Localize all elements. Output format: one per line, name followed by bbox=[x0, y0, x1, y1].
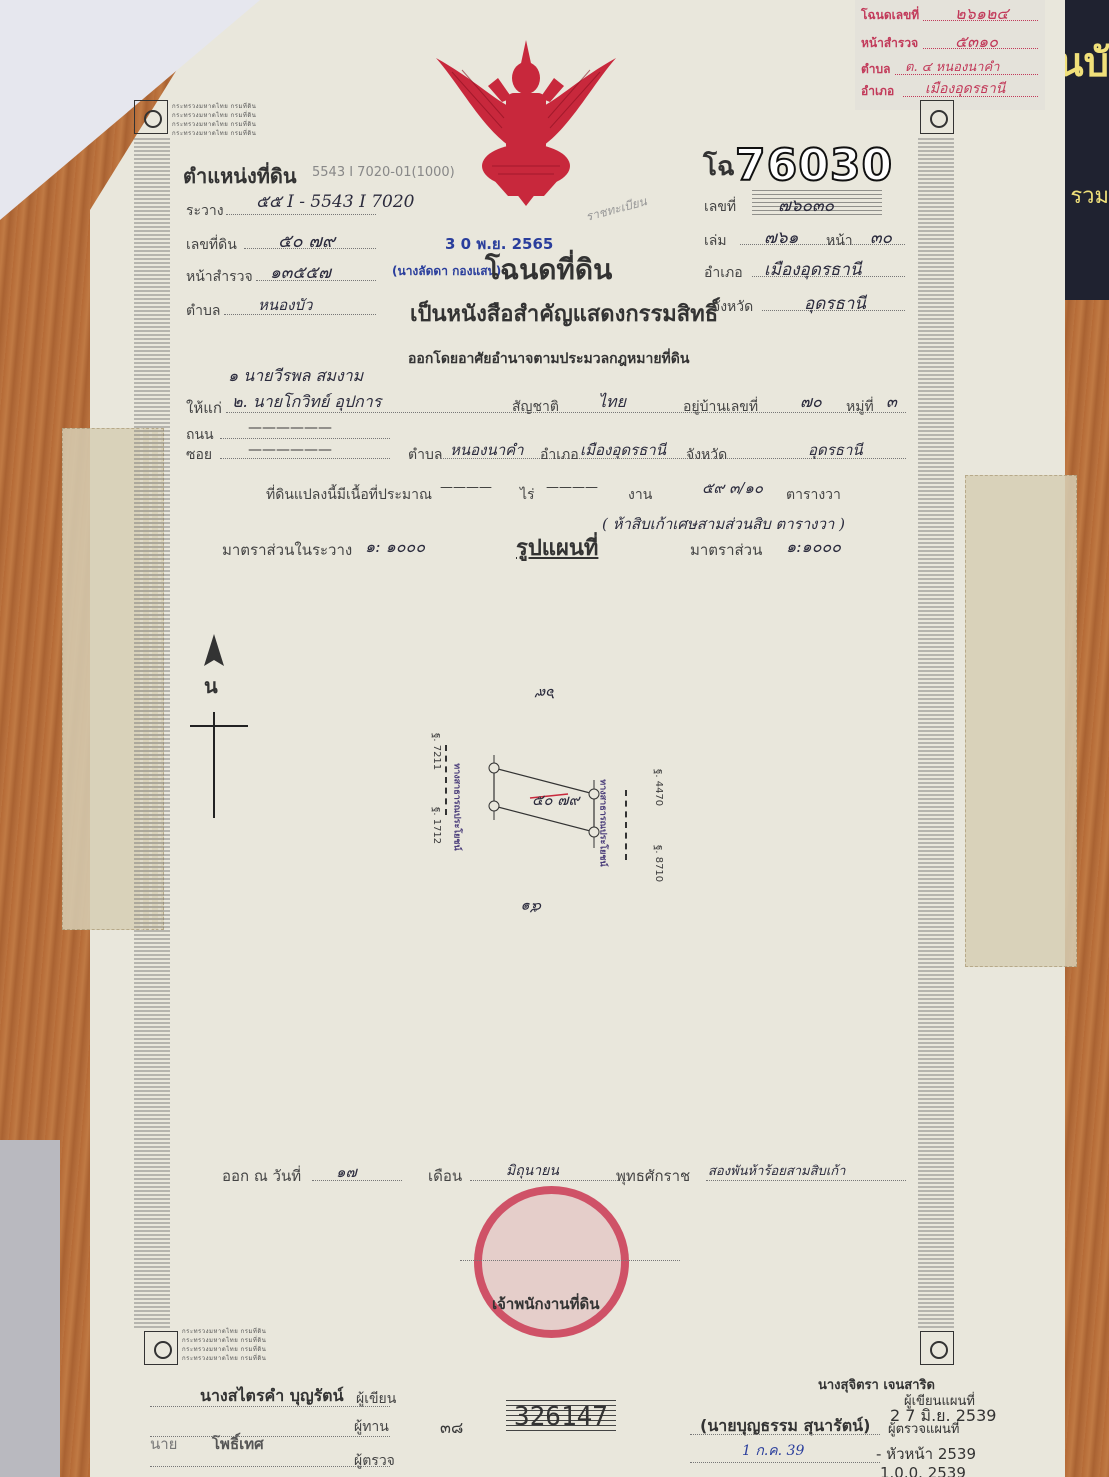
bottom-date: 1.0.0. 2539 bbox=[880, 1464, 966, 1477]
sign-text-2: รวม bbox=[1070, 178, 1109, 213]
map-ref-pencil: 5543 I 7020-01(1000) bbox=[312, 165, 455, 180]
owner-2: ๒. นายโกวิทย์ อุปการ bbox=[232, 390, 381, 415]
issue-month: มิถุนายน bbox=[506, 1160, 559, 1182]
marker-right: ฐ. 4470 bbox=[651, 769, 666, 806]
sheet-label: ระวาง bbox=[186, 200, 224, 222]
book-value: ๗๖๑ bbox=[764, 224, 798, 251]
rai-value: ———— bbox=[440, 480, 492, 495]
left-boundary-line bbox=[445, 745, 447, 815]
bottom-neighbor: ๕๑ bbox=[522, 896, 543, 920]
addr-tambon-value: หนองนาคำ bbox=[450, 438, 524, 462]
issue-day: ๑๗ bbox=[336, 1160, 357, 1184]
document-subtitle: เป็นหนังสือสำคัญแสดงกรรมสิทธิ์ bbox=[410, 296, 718, 331]
note-survey-value: ๕๓๑๐ bbox=[955, 30, 998, 55]
province-value: อุดรธานี bbox=[804, 290, 866, 317]
top-neighbor: ๖๙ bbox=[536, 682, 557, 706]
blue-signature-date: 1 ก.ค. 39 bbox=[742, 1440, 804, 1462]
map-checker-role: ผู้ตรวจแผนที่ bbox=[888, 1418, 959, 1439]
marker-top-left: ฐ. 7211 bbox=[429, 733, 444, 770]
scale-sheet-label: มาตราส่วนในระวาง bbox=[222, 538, 352, 562]
corner-ornament-icon bbox=[144, 1331, 178, 1365]
house-no-label: อยู่บ้านเลขที่ bbox=[683, 396, 758, 418]
corner-ornament-icon bbox=[920, 1331, 954, 1365]
road-value: —————— bbox=[248, 420, 332, 436]
soi-value: —————— bbox=[248, 442, 332, 458]
border-right-strip bbox=[918, 138, 954, 1328]
left-road-label: ทางสาธารณประโยชน์ bbox=[451, 763, 465, 850]
province-label: จังหวัด bbox=[712, 296, 753, 318]
area-words: ( ห้าสิบเก้าเศษสามส่วนสิบ ตารางวา ) bbox=[602, 512, 845, 536]
land-officer-title: เจ้าพนักงานที่ดิน bbox=[492, 1292, 599, 1316]
moo-label: หมู่ที่ bbox=[846, 396, 874, 418]
survey-label: หน้าสำรวจ bbox=[186, 266, 253, 288]
parcel-value: ๕๐ ๗๙ bbox=[278, 226, 335, 255]
issue-year: สองพันห้าร้อยสามสิบเก้า bbox=[708, 1160, 845, 1181]
overlay-deed-number: 76030 bbox=[735, 140, 893, 191]
north-label: น bbox=[204, 670, 218, 702]
moo-value: ๓ bbox=[886, 390, 897, 415]
top-right-note: โฉนดเลขที่ ๒๖๑๒๔ หน้าสำรวจ ๕๓๑๐ ตำบล ต. … bbox=[855, 0, 1045, 110]
right-boundary-line bbox=[625, 790, 627, 860]
north-arrow-icon bbox=[190, 630, 250, 820]
wa-label: ตารางวา bbox=[786, 484, 841, 506]
page-value: ๓๐ bbox=[870, 224, 892, 251]
ngan-value: ———— bbox=[546, 480, 598, 495]
scale-value: ๑:๑๐๐๐ bbox=[786, 535, 841, 560]
auditor-role: ผู้ตรวจ bbox=[354, 1450, 395, 1472]
map-heading: รูปแผนที่ bbox=[516, 530, 598, 565]
deed-no-label: เลขที่ bbox=[704, 196, 736, 218]
document-title: โฉนดที่ดิน bbox=[485, 248, 612, 292]
nationality-value: ไทย bbox=[598, 390, 626, 415]
corner-ornament-icon bbox=[920, 100, 954, 134]
parcel-number: ๕๐ ๗๙ bbox=[532, 788, 580, 812]
rai-label: ไร่ bbox=[520, 484, 535, 506]
grey-surface bbox=[0, 1140, 60, 1477]
page-label: หน้า bbox=[826, 230, 853, 252]
area-label: ที่ดินแปลงนี้มีเนื้อที่ประมาณ bbox=[266, 484, 432, 506]
garuda-emblem-icon bbox=[432, 38, 620, 208]
small-title: โฉ bbox=[703, 146, 735, 187]
wa-value: ๕๙ ๓/๑๐ bbox=[702, 476, 763, 500]
house-no-value: ๗๐ bbox=[800, 390, 822, 415]
issue-date-label: ออก ณ วันที่ bbox=[222, 1164, 301, 1188]
parcel-label: เลขที่ดิน bbox=[186, 234, 237, 256]
issued-by: ออกโดยอาศัยอำนาจตามประมวลกฎหมายที่ดิน bbox=[408, 348, 689, 370]
note-survey-label: หน้าสำรวจ bbox=[861, 34, 918, 53]
addr-amphoe-label: อำเภอ bbox=[540, 444, 579, 466]
soi-label: ซอย bbox=[186, 444, 212, 466]
marker-bottom-left: ฐ. 1712 bbox=[429, 807, 444, 844]
addr-tambon-label: ตำบล bbox=[408, 444, 442, 466]
tambon-value: หนองบัว bbox=[258, 293, 312, 317]
note-subdistrict-label: ตำบล bbox=[861, 60, 891, 79]
tambon-label: ตำบล bbox=[186, 300, 220, 322]
right-road-label: ทางสาธารณประโยชน์ bbox=[597, 779, 611, 866]
ngan-label: งาน bbox=[628, 484, 652, 506]
addr-province-value: อุดรธานี bbox=[808, 438, 863, 462]
border-left-strip bbox=[134, 138, 170, 1328]
owner-1: ๑ นายวีรพล สมงาม bbox=[228, 364, 363, 389]
amphoe-value: เมืองอุดรธานี bbox=[764, 256, 861, 283]
background-signboard: นบั รวม bbox=[1061, 0, 1109, 300]
amphoe-label: อำเภอ bbox=[704, 262, 743, 284]
sheet-value: ๕๕ I - 5543 I 7020 bbox=[256, 188, 414, 215]
road-label: ถนน bbox=[186, 424, 214, 446]
nationality-label: สัญชาติ bbox=[512, 396, 559, 418]
note-deed-no-value: ๒๖๑๒๔ bbox=[955, 2, 1009, 27]
deed-no-value: ๗๖๐๓๐ bbox=[778, 192, 834, 219]
grant-label: ให้แก่ bbox=[186, 396, 222, 420]
marker-bottom-right: ฐ. 8710 bbox=[651, 845, 666, 882]
note-deed-no-label: โฉนดเลขที่ bbox=[861, 6, 919, 25]
scale-label: มาตราส่วน bbox=[690, 538, 762, 562]
serial-number: 326147 bbox=[514, 1402, 608, 1432]
issue-month-label: เดือน bbox=[428, 1164, 462, 1188]
issue-year-label: พุทธศักราช bbox=[616, 1164, 690, 1188]
head-date: - หัวหน้า 2539 bbox=[876, 1442, 976, 1466]
book-code: ๓๘ bbox=[440, 1416, 463, 1441]
corner-ornament-icon bbox=[134, 100, 168, 134]
addr-amphoe-value: เมืองอุดรธานี bbox=[580, 438, 666, 462]
tape-right bbox=[965, 475, 1077, 967]
map-checker-name: (นายบุญธรรม สุนารัตน์) bbox=[700, 1414, 870, 1439]
note-district-label: อำเภอ bbox=[861, 82, 894, 101]
book-label: เล่ม bbox=[704, 230, 727, 252]
scale-sheet-value: ๑: ๑๐๐๐ bbox=[365, 535, 425, 560]
survey-value: ๑๓๕๕๗ bbox=[270, 259, 331, 286]
checker-role: ผู้ทาน bbox=[354, 1416, 389, 1438]
addr-province-label: จังหวัด bbox=[686, 444, 727, 466]
